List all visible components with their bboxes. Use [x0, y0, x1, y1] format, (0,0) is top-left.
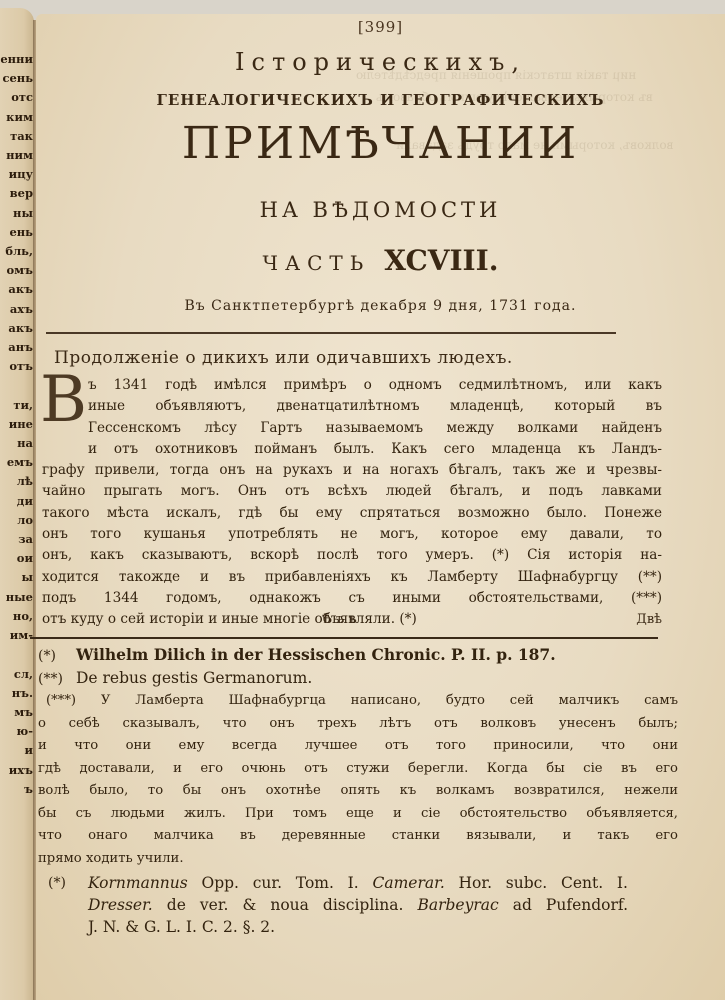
- facing-page-fragment: [0, 376, 33, 395]
- citation-text: de ver. & noua disciplina.: [153, 896, 418, 914]
- facing-page-fragment: так: [0, 127, 33, 146]
- facing-page-fragment: ъ: [0, 780, 33, 799]
- header-rule: [46, 332, 616, 334]
- body-line: чайно прыгать могъ. Онъ отъ всѣхъ людей …: [42, 481, 662, 502]
- facing-page-fragment: анъ: [0, 338, 33, 357]
- footnote-rule: [30, 637, 658, 639]
- facing-page-fragment: сень: [0, 69, 33, 88]
- body-line: ъ 1341 годѣ имѣлся примѣръ о одномъ седм…: [42, 375, 662, 396]
- facing-page-fragment: ло: [0, 511, 33, 530]
- facing-page-fragment: ные: [0, 588, 33, 607]
- facing-page-fragment: ицу: [0, 165, 33, 184]
- title-on-gazette: на вѣдомости: [36, 198, 725, 222]
- body-line: онъ, какъ сказываютъ, вскорѣ послѣ того …: [42, 545, 662, 566]
- footnote-line: (***) У Ламберта Шафнабургца написано, б…: [38, 690, 678, 713]
- facing-page-fragment: ои: [0, 549, 33, 568]
- facing-page-fragment: акъ: [0, 280, 33, 299]
- footnote-line: что онаго малчика въ деревянные станки в…: [38, 825, 678, 848]
- footnote-2: (**)De rebus gestis Germanorum.: [38, 667, 678, 690]
- facing-page-fragment: ахъ: [0, 300, 33, 319]
- document-page: ниμ такiя штатскiя прошенiя предсѣдѣтелю…: [36, 14, 725, 1000]
- facing-page-fragment: за: [0, 530, 33, 549]
- footnote-line: гдѣ доставали, и его очюнь отъ стужи бер…: [38, 758, 678, 781]
- facing-page-fragment: мъ: [0, 703, 33, 722]
- facing-page-fragment: енни: [0, 50, 33, 69]
- facing-page-fragment: ти,: [0, 396, 33, 415]
- facing-page-fragment: но,: [0, 607, 33, 626]
- article-body: ъ 1341 годѣ имѣлся примѣръ о одномъ седм…: [42, 375, 662, 631]
- citation-author: Dresser.: [88, 896, 153, 914]
- citation-line: Dresser. de ver. & noua disciplina. Barb…: [38, 894, 628, 916]
- footnote-1: (*)Wilhelm Dilich in der Hessischen Chro…: [38, 644, 678, 667]
- part-number-line: частьXCVIII.: [36, 244, 725, 277]
- catchword: Двѣ: [636, 612, 662, 627]
- facing-page-edge: еннисеньотскимтакнимицуверныеньбль,омъак…: [0, 8, 34, 1000]
- facing-page-fragment: нъ.: [0, 684, 33, 703]
- citation-text: Hor. subc. Cent. I.: [445, 874, 628, 892]
- footnote-text: Wilhelm Dilich in der Hessischen Chronic…: [76, 645, 556, 664]
- body-line: ходится такожде и въ прибавленiяхъ къ Ла…: [42, 567, 662, 588]
- facing-page-fragment: ны: [0, 204, 33, 223]
- footnote-mark: (*): [48, 872, 66, 894]
- title-historical: Iсторическихъ,: [36, 48, 725, 76]
- footnote-line: волѣ было, то бы онъ охотнѣе опять къ во…: [38, 780, 678, 803]
- facing-page-fragment: ень: [0, 223, 33, 242]
- footnote-3: (***) У Ламберта Шафнабургца написано, б…: [38, 690, 678, 870]
- part-number: XCVIII.: [384, 244, 498, 277]
- title-genealogical-geographical: генеалогическихъ и географическихъ: [36, 91, 725, 109]
- page-number: [399]: [36, 18, 725, 36]
- citation-author: Kornmannus: [88, 874, 188, 892]
- citation-line: Kornmannus Opp. cur. Tom. I. Camerar. Ho…: [38, 872, 628, 894]
- facing-page-fragment: и: [0, 741, 33, 760]
- facing-page-fragment: ним: [0, 146, 33, 165]
- citation-text: ad Pufendorf.: [499, 896, 628, 914]
- citation-text: Opp. cur. Tom. I.: [188, 874, 373, 892]
- dateline: Въ Санктпетербургѣ декабря 9 дня, 1731 г…: [36, 298, 725, 314]
- footnote-line: и что они ему всегда лучшее отъ того при…: [38, 735, 678, 758]
- facing-page-fragment: отс: [0, 88, 33, 107]
- facing-page-fragment: [0, 645, 33, 664]
- facing-page-fragment: ю-: [0, 722, 33, 741]
- footnote-mark: (*): [38, 645, 76, 667]
- citation-author: Camerar.: [372, 874, 444, 892]
- facing-page-text-fragments: еннисеньотскимтакнимицуверныеньбль,омъак…: [0, 50, 34, 799]
- facing-page-fragment: омъ: [0, 261, 33, 280]
- part-label: часть: [262, 251, 370, 275]
- facing-page-fragment: сл,: [0, 665, 33, 684]
- body-line: графу привели, тогда онъ на рукахъ и на …: [42, 460, 662, 481]
- footnotes: (*)Wilhelm Dilich in der Hessischen Chro…: [38, 644, 678, 938]
- facing-page-fragment: вер: [0, 184, 33, 203]
- facing-page-fragment: ине: [0, 415, 33, 434]
- citation-line: J. N. & G. L. I. C. 2. §. 2.: [38, 916, 678, 938]
- facing-page-fragment: ы: [0, 568, 33, 587]
- printer-signature: Ѣ ъ ъ: [322, 612, 357, 627]
- body-line: подъ 1344 годомъ, однакожъ съ иными обст…: [42, 588, 662, 609]
- facing-page-fragment: ихъ: [0, 761, 33, 780]
- body-line: Гессенскомъ лѣсу Гартъ называемомъ между…: [42, 418, 662, 439]
- article-heading: Продолженiе о дикихъ или одичавшихъ люде…: [54, 348, 674, 368]
- footnote-line: прямо ходить учили.: [38, 848, 678, 871]
- facing-page-fragment: отъ: [0, 357, 33, 376]
- body-line: такого мѣста искалъ, гдѣ бы ему спрятать…: [42, 503, 662, 524]
- body-line: и отъ охотниковъ пойманъ былъ. Какъ сего…: [42, 439, 662, 460]
- facing-page-fragment: лѣ: [0, 472, 33, 491]
- body-line: иные объявляютъ, двенатцатилѣтномъ младе…: [42, 396, 662, 417]
- facing-page-fragment: им-: [0, 626, 33, 645]
- footnote-line: бы съ людьми жилъ. При томъ еще и сiе об…: [38, 803, 678, 826]
- facing-page-fragment: на: [0, 434, 33, 453]
- facing-page-fragment: ди: [0, 492, 33, 511]
- facing-page-fragment: акъ: [0, 319, 33, 338]
- title-notes: Примѣчании: [36, 118, 725, 169]
- citation-author: Barbeyrac: [417, 896, 498, 914]
- signature-catchword-line: Ѣ ъ ъ Двѣ: [42, 612, 662, 632]
- facing-page-fragment: емъ: [0, 453, 33, 472]
- footnote-line: о себѣ сказывалъ, что онъ трехъ лѣтъ отъ…: [38, 713, 678, 736]
- footnote-text: De rebus gestis Germanorum.: [76, 669, 312, 687]
- facing-page-fragment: бль,: [0, 242, 33, 261]
- footnote-mark: (**): [38, 668, 76, 690]
- footnote-4: (*) Kornmannus Opp. cur. Tom. I. Camerar…: [38, 872, 678, 938]
- facing-page-fragment: ким: [0, 108, 33, 127]
- body-line: онъ того кушанья употреблять не могъ, ко…: [42, 524, 662, 545]
